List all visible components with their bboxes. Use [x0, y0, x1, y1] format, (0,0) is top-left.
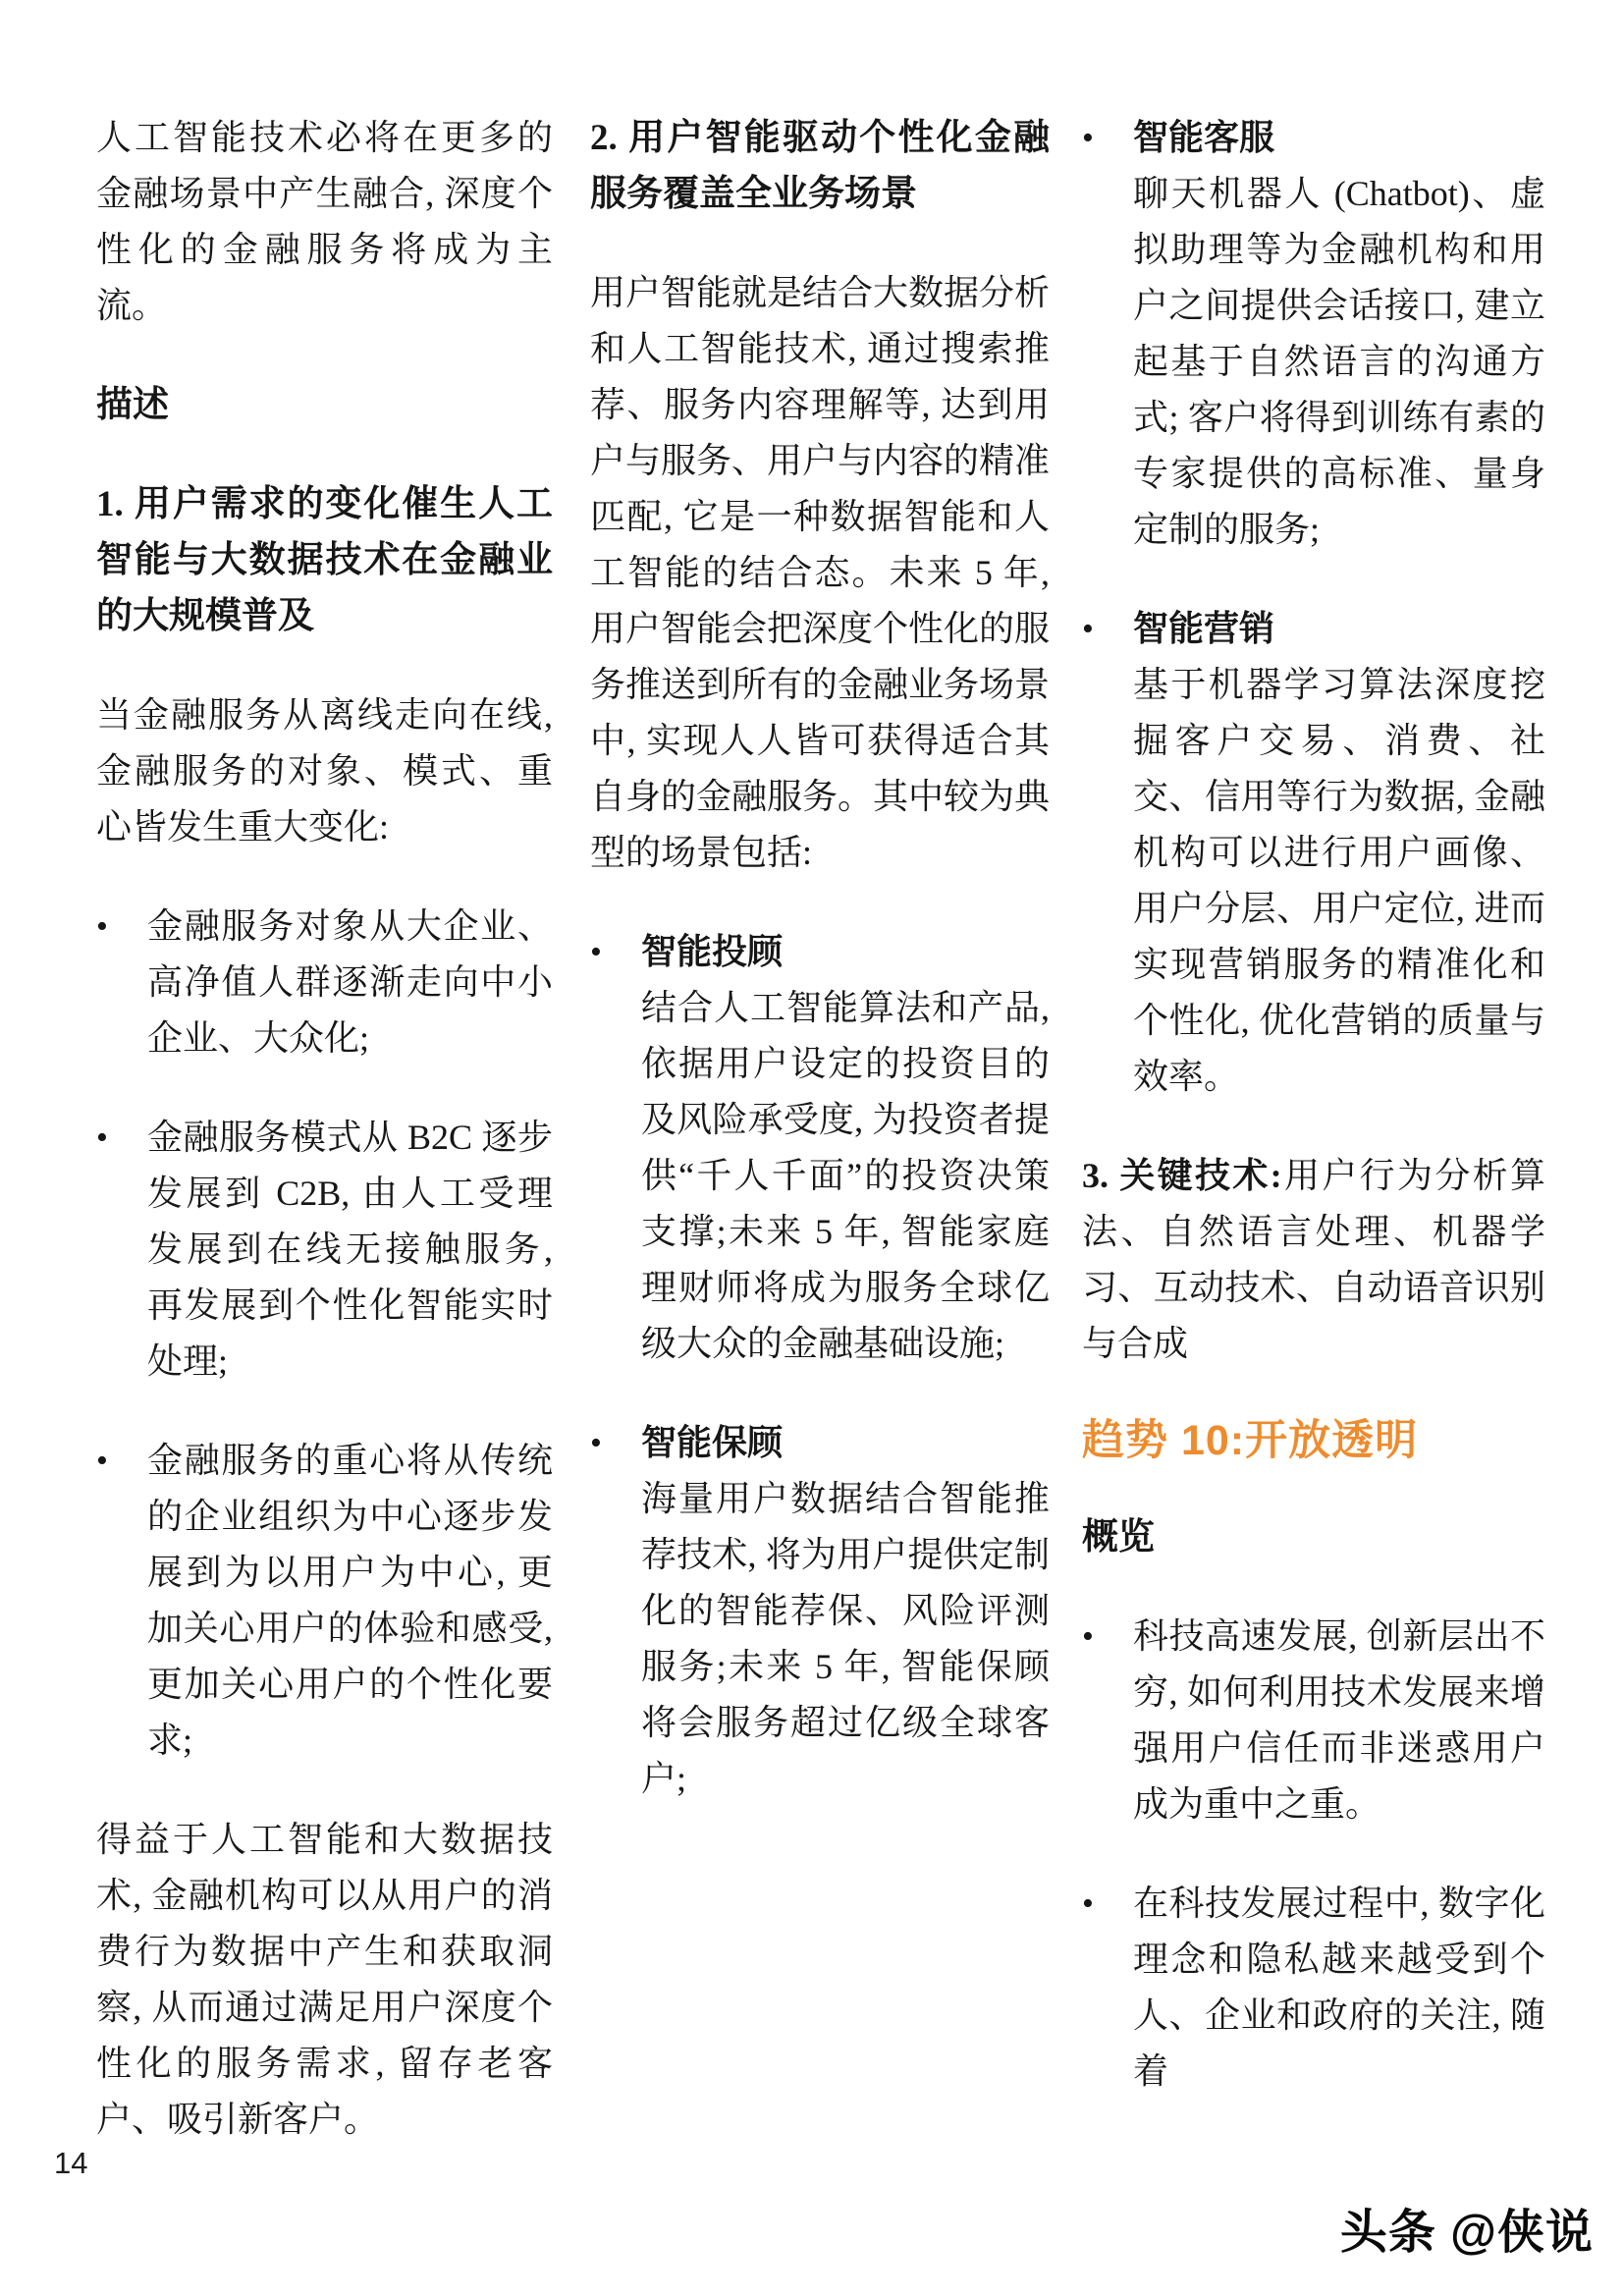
scenario-text: 基于机器学习算法深度挖掘客户交易、消费、社交、信用等行为数据, 金融机构可以进行…	[1133, 657, 1545, 1105]
page-content: 人工智能技术必将在更多的金融场景中产生融合, 深度个性化的金融服务将成为主流。 …	[96, 110, 1545, 2191]
section-label-description: 描述	[96, 377, 553, 433]
section-label-overview: 概览	[1082, 1509, 1545, 1565]
list-item: 金融服务的重心将从传统的企业组织为中心逐步发展到为以用户为中心, 更加关心用户的…	[96, 1433, 553, 1769]
scenario-title: 智能营销	[1133, 601, 1545, 657]
list-item: 金融服务对象从大企业、高净值人群逐渐走向中小企业、大众化;	[96, 899, 553, 1066]
paragraph-benefit: 得益于人工智能和大数据技术, 金融机构可以从用户的消费行为数据中产生和获取洞察,…	[96, 1812, 553, 2148]
paragraph-user-intelligence: 用户智能就是结合大数据分析和人工智能技术, 通过搜索推荐、服务内容理解等, 达到…	[590, 265, 1050, 881]
scenario-body: 智能保顾 海量用户数据结合智能推荐技术, 将为用户提供定制化的智能荐保、风险评测…	[641, 1415, 1050, 1807]
scenario-text: 海量用户数据结合智能推荐技术, 将为用户提供定制化的智能荐保、风险评测服务;未来…	[641, 1471, 1050, 1807]
list-item-body: 金融服务对象从大企业、高净值人群逐渐走向中小企业、大众化;	[147, 899, 553, 1066]
bullet-icon	[590, 924, 641, 980]
bullet-icon	[96, 1110, 147, 1166]
key-technology-label: 3. 关键技术:	[1082, 1156, 1282, 1195]
scenario-text: 结合人工智能算法和产品, 依据用户设定的投资目的及风险承受度, 为投资者提供“千…	[641, 980, 1050, 1372]
scenario-item-insurance-advisor: 智能保顾 海量用户数据结合智能推荐技术, 将为用户提供定制化的智能荐保、风险评测…	[590, 1415, 1050, 1807]
list-item: 金融服务模式从 B2C 逐步发展到 C2B, 由人工受理发展到在线无接触服务, …	[96, 1110, 553, 1390]
bullet-icon	[590, 1415, 641, 1471]
paragraph-service-change: 当金融服务从离线走向在线, 金融服务的对象、模式、重心皆发生重大变化:	[96, 687, 553, 855]
list-item-text: 在科技发展过程中, 数字化理念和隐私越来越受到个人、企业和政府的关注, 随着	[1133, 1876, 1545, 2100]
list-item-text: 金融服务的重心将从传统的企业组织为中心逐步发展到为以用户为中心, 更加关心用户的…	[147, 1433, 553, 1769]
list-item-body: 在科技发展过程中, 数字化理念和隐私越来越受到个人、企业和政府的关注, 随着	[1133, 1876, 1545, 2100]
list-item-text: 金融服务对象从大企业、高净值人群逐渐走向中小企业、大众化;	[147, 899, 553, 1066]
trend-10-heading: 趋势 10:开放透明	[1082, 1415, 1545, 1466]
bullet-icon	[96, 899, 147, 955]
scenario-title: 智能客服	[1133, 110, 1545, 166]
paragraph-key-technology: 3. 关键技术:用户行为分析算法、自然语言处理、机器学习、互动技术、自动语音识别…	[1082, 1148, 1545, 1372]
scenario-body: 智能客服 聊天机器人 (Chatbot)、虚拟助理等为金融机构和用户之间提供会话…	[1133, 110, 1545, 558]
scenario-item-marketing: 智能营销 基于机器学习算法深度挖掘客户交易、消费、社交、信用等行为数据, 金融机…	[1082, 601, 1545, 1105]
list-item-text: 金融服务模式从 B2C 逐步发展到 C2B, 由人工受理发展到在线无接触服务, …	[147, 1110, 553, 1390]
column-left: 人工智能技术必将在更多的金融场景中产生融合, 深度个性化的金融服务将成为主流。 …	[96, 110, 553, 2191]
list-item-body: 金融服务模式从 B2C 逐步发展到 C2B, 由人工受理发展到在线无接触服务, …	[147, 1110, 553, 1390]
column-middle: 2. 用户智能驱动个性化金融服务覆盖全业务场景 用户智能就是结合大数据分析和人工…	[590, 110, 1050, 2191]
watermark-logo: 头条 @侠说	[1340, 2206, 1594, 2261]
column-right: 智能客服 聊天机器人 (Chatbot)、虚拟助理等为金融机构和用户之间提供会话…	[1082, 110, 1545, 2191]
scenario-item-customer-service: 智能客服 聊天机器人 (Chatbot)、虚拟助理等为金融机构和用户之间提供会话…	[1082, 110, 1545, 558]
scenario-body: 智能营销 基于机器学习算法深度挖掘客户交易、消费、社交、信用等行为数据, 金融机…	[1133, 601, 1545, 1105]
scenario-text: 聊天机器人 (Chatbot)、虚拟助理等为金融机构和用户之间提供会话接口, 建…	[1133, 166, 1545, 558]
scenario-title: 智能投顾	[641, 924, 1050, 980]
list-item-body: 金融服务的重心将从传统的企业组织为中心逐步发展到为以用户为中心, 更加关心用户的…	[147, 1433, 553, 1769]
list-item: 在科技发展过程中, 数字化理念和隐私越来越受到个人、企业和政府的关注, 随着	[1082, 1876, 1545, 2100]
scenario-body: 智能投顾 结合人工智能算法和产品, 依据用户设定的投资目的及风险承受度, 为投资…	[641, 924, 1050, 1372]
bullet-icon	[1082, 110, 1133, 166]
bullet-icon	[96, 1433, 147, 1489]
page-number: 14	[54, 2144, 87, 2183]
intro-paragraph: 人工智能技术必将在更多的金融场景中产生融合, 深度个性化的金融服务将成为主流。	[96, 110, 553, 334]
bullet-icon	[1082, 1876, 1133, 1932]
scenario-item-robo-advisor: 智能投顾 结合人工智能算法和产品, 依据用户设定的投资目的及风险承受度, 为投资…	[590, 924, 1050, 1372]
heading-user-intelligence: 2. 用户智能驱动个性化金融服务覆盖全业务场景	[590, 110, 1050, 222]
list-item-body: 科技高速发展, 创新层出不穷, 如何利用技术发展来增强用户信任而非迷惑用户成为重…	[1133, 1609, 1545, 1832]
list-item: 科技高速发展, 创新层出不穷, 如何利用技术发展来增强用户信任而非迷惑用户成为重…	[1082, 1609, 1545, 1832]
bullet-icon	[1082, 1609, 1133, 1665]
list-item-text: 科技高速发展, 创新层出不穷, 如何利用技术发展来增强用户信任而非迷惑用户成为重…	[1133, 1609, 1545, 1832]
scenario-title: 智能保顾	[641, 1415, 1050, 1471]
heading-user-demand: 1. 用户需求的变化催生人工智能与大数据技术在金融业的大规模普及	[96, 476, 553, 644]
bullet-icon	[1082, 601, 1133, 657]
